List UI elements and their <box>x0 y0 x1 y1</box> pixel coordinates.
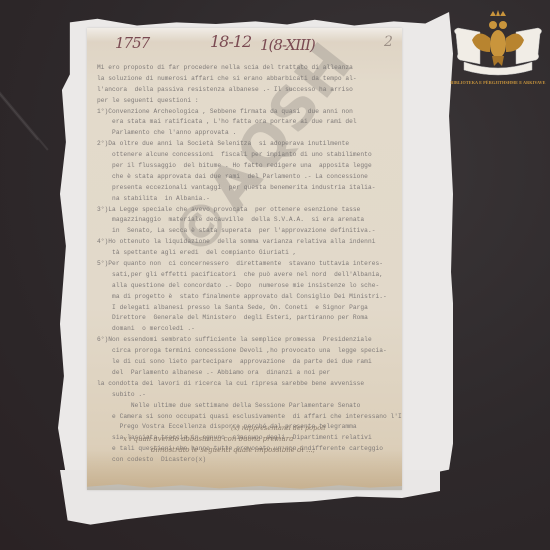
typed-line: Parlamento che l'anno approvata . <box>97 128 402 139</box>
typed-line: ottenere alcune concessioni fiscali per … <box>97 150 402 161</box>
double-headed-eagle-icon <box>450 8 546 80</box>
typed-line: 5°)Per quanto non ci concernessero diret… <box>97 259 402 270</box>
typed-line: 4°)Ho ottenuto la liquidazione della som… <box>97 237 402 248</box>
handwritten-reference-number: 1757 <box>115 34 149 52</box>
typed-line: per le seguenti questioni : <box>97 96 402 107</box>
typed-line: la condotta dei lavori di ricerca la cui… <box>97 379 402 390</box>
typed-line: era stata mai ratificata , L'ho fatta or… <box>97 117 402 128</box>
typed-line: circa proroga termini concessione Devoli… <box>97 346 402 357</box>
typed-line: alla questione del concordato .- Dopo nu… <box>97 281 402 292</box>
typed-line: l'ancora della passiva resistenza albane… <box>97 85 402 96</box>
handwritten-note-line: (x) rappresentanti dei popoli <box>111 423 391 434</box>
handwritten-notes: (x) rappresentanti dei popolix i quali a… <box>111 423 391 456</box>
handwritten-note-line: x i quali avendo abbastanza con buona pr… <box>111 434 391 445</box>
handwritten-note-line: dimostrato le seguenti quale impossibile… <box>111 445 391 456</box>
typed-line: 6°)Non essendomi sembrato sufficiente la… <box>97 335 402 346</box>
typed-line: del Parlamento albanese .- Abbiamo ora d… <box>97 368 402 379</box>
typed-line: domani o mercoledì .- <box>97 324 402 335</box>
typed-line: la soluzione di numerosi affari che si e… <box>97 74 402 85</box>
page-number: 2 <box>384 34 392 50</box>
typed-line: le di cui sono lieto partecipare approva… <box>97 357 402 368</box>
typed-line: Mi ero proposto di far procedere nella s… <box>97 63 402 74</box>
typed-line: e Camera si sono occupati quasi esclusiv… <box>97 412 402 423</box>
typed-line: 1°)Convenzione Archeologica , Sebbene fi… <box>97 107 402 118</box>
typed-line: presenta eccezionali vantaggi per questa… <box>97 183 402 194</box>
typed-line: 2°)Da oltre due anni la Società Selenitz… <box>97 139 402 150</box>
typed-line: I delegati albanesi presso la Santa Sede… <box>97 303 402 314</box>
typed-line: 3°)La Legge speciale che avevo provocata… <box>97 205 402 216</box>
archive-logo-caption: BIBLIOTEKA E PËRGJITHSHME E ARKIVAVE <box>450 80 546 85</box>
typed-letter-body: Mi ero proposto di far procedere nella s… <box>97 63 402 466</box>
typed-line: con codesto Dicastero(x) <box>97 455 402 466</box>
typed-line: Direttore Generale del Ministero degli E… <box>97 313 402 324</box>
handwritten-date: 18-12 <box>210 32 251 51</box>
typed-line: per il flussaggio del bitume . Ho fatto … <box>97 161 402 172</box>
handwritten-date-extra: 1(8-XIII) <box>260 36 315 54</box>
paper-torn-edge <box>87 482 402 490</box>
typed-line: che è stata approvata dai due rami del P… <box>97 172 402 183</box>
typed-line: tà spettante agli eredi del compianto Gi… <box>97 248 402 259</box>
typed-line: subito .- <box>97 390 402 401</box>
typed-line: ma di progetto è stato finalmente approv… <box>97 292 402 303</box>
archival-document: 1757 18-12 1(8-XIII) 2 Mi ero proposto d… <box>87 28 402 490</box>
typed-line: na stabilita in Albania.- <box>97 194 402 205</box>
typed-line: sati,per gli effetti pacificatori che pu… <box>97 270 402 281</box>
archive-logo: BIBLIOTEKA E PËRGJITHSHME E ARKIVAVE <box>450 8 546 90</box>
typed-line: in Senato, La secca è stata superata per… <box>97 226 402 237</box>
typed-line: magazzinaggio materiale decauville della… <box>97 215 402 226</box>
typed-line: Nelle ultime due settimane della Session… <box>97 401 402 412</box>
